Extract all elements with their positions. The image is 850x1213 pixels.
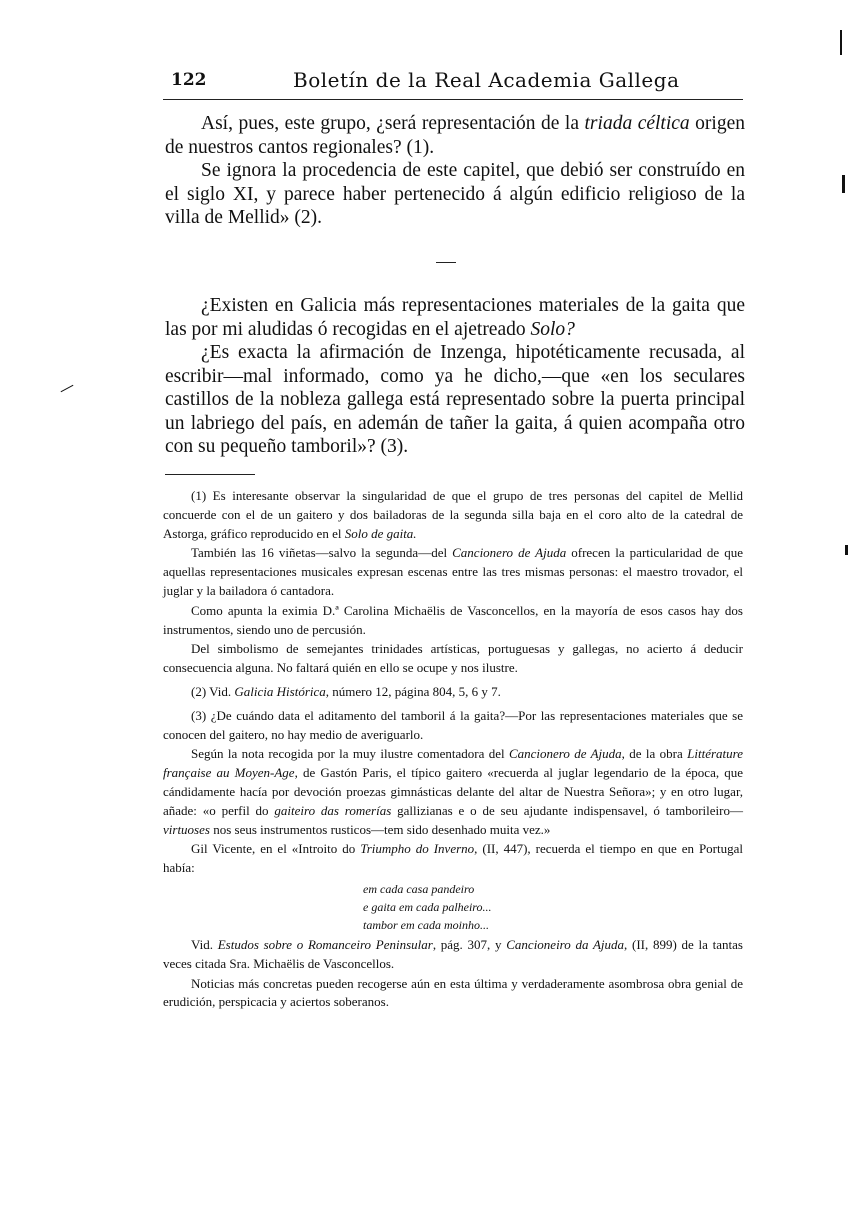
paragraph: Como apunta la eximia D.ª Carolina Micha… — [163, 602, 743, 640]
verse-line: tambor em cada moinho... — [363, 916, 743, 934]
paragraph: Del simbolismo de semejantes trinidades … — [163, 640, 743, 678]
paragraph: Se ignora la procedencia de este capitel… — [165, 159, 745, 230]
running-header: 122 Boletín de la Real Academia Gallega — [163, 68, 743, 96]
paragraph: (2) Vid. Galicia Histórica, número 12, p… — [163, 683, 743, 702]
footnote-list-continued: Vid. Estudos sobre o Romanceiro Peninsul… — [163, 936, 743, 1012]
verse-quote: em cada casa pandeiro e gaita em cada pa… — [163, 880, 743, 934]
paragraph: Así, pues, este grupo, ¿será representac… — [165, 112, 745, 159]
verse-line: em cada casa pandeiro — [363, 880, 743, 898]
header-rule — [163, 99, 743, 100]
paragraph: ¿Es exacta la afirmación de Inzenga, hip… — [165, 341, 745, 459]
scan-artifact — [845, 545, 848, 555]
section-divider — [436, 262, 456, 263]
paragraph: Vid. Estudos sobre o Romanceiro Peninsul… — [163, 936, 743, 974]
body-section-2: ¿Existen en Galicia más representaciones… — [165, 294, 745, 459]
footnote-list: (1) Es interesante observar la singulari… — [163, 487, 743, 878]
scan-artifact — [840, 30, 842, 55]
scan-artifact — [842, 175, 845, 193]
body-section-1: Así, pues, este grupo, ¿será representac… — [165, 112, 745, 230]
paragraph: Gil Vicente, en el «Introito do Triumpho… — [163, 840, 743, 878]
journal-title: Boletín de la Real Academia Gallega — [293, 68, 680, 92]
paragraph: (3) ¿De cuándo data el aditamento del ta… — [163, 707, 743, 745]
paragraph: Noticias más concretas pueden recogerse … — [163, 975, 743, 1013]
footnotes: (1) Es interesante observar la singulari… — [163, 487, 743, 1013]
paragraph: Según la nota recogida por la muy ilustr… — [163, 745, 743, 839]
page-number: 122 — [171, 70, 207, 90]
paragraph: (1) Es interesante observar la singulari… — [163, 487, 743, 543]
document-page: 122 Boletín de la Real Academia Gallega … — [0, 0, 850, 1213]
footnote-rule — [165, 474, 255, 475]
scan-artifact — [61, 385, 74, 392]
verse-line: e gaita em cada palheiro... — [363, 898, 743, 916]
paragraph: ¿Existen en Galicia más representaciones… — [165, 294, 745, 341]
paragraph: También las 16 viñetas—salvo la segunda—… — [163, 544, 743, 600]
